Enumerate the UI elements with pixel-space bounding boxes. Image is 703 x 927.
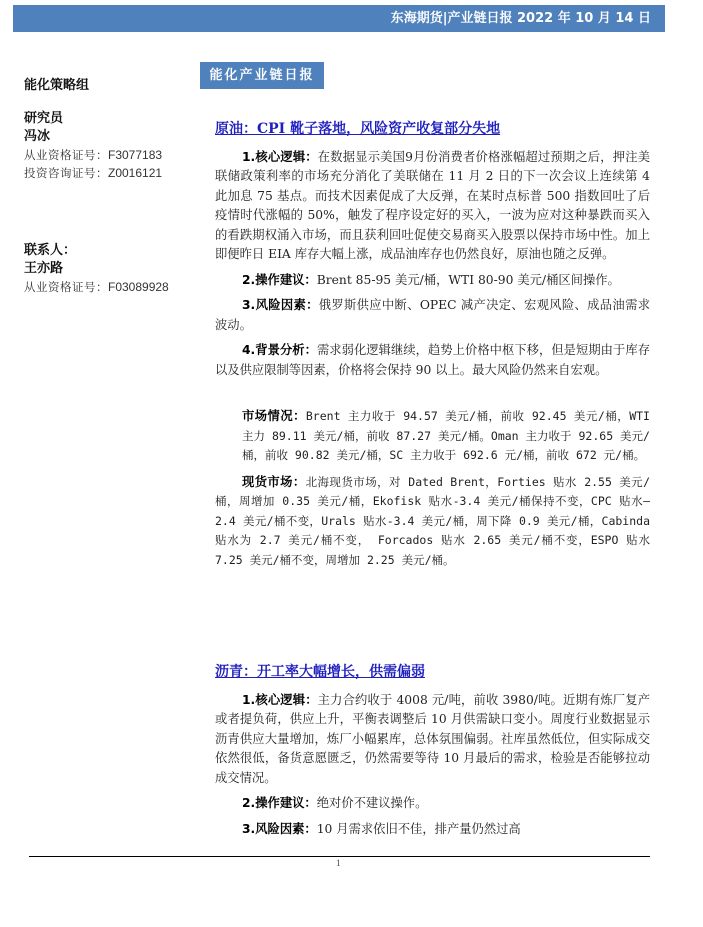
section-tag: 能化产业链日报 — [200, 62, 324, 89]
crude-spot-market: 现货市场：北海现货市场，对 Dated Brent，Forties 贴水 2.5… — [215, 472, 650, 571]
asphalt-section: 沥青：开工率大幅增长，供需偏弱 1.核心逻辑：主力合约收于 4008 元/吨，前… — [215, 663, 650, 839]
page-number: 1 — [336, 858, 341, 868]
contact-info: 联系人： 王亦路 从业资格证号：F03089928 — [24, 242, 169, 296]
researcher-name: 冯冰 — [24, 128, 162, 146]
asphalt-operation-advice: 2.操作建议：绝对价不建议操作。 — [215, 794, 650, 814]
researcher-label: 研究员 — [24, 110, 162, 128]
group-name: 能化策略组 — [24, 74, 89, 93]
crude-market-situation: 市场情况：Brent 主力收于 94.57 美元/桶，前收 92.45 美元/桶… — [215, 406, 650, 466]
asphalt-core-logic: 1.核心逻辑：主力合约收于 4008 元/吨，前收 3980/吨。近期有炼厂复产… — [215, 691, 650, 789]
footer-divider — [29, 856, 650, 857]
asphalt-risk-factors: 3.风险因素：10 月需求依旧不佳，排产量仍然过高 — [215, 820, 650, 840]
asphalt-title[interactable]: 沥青：开工率大幅增长，供需偏弱 — [215, 663, 650, 683]
strategy-group: 能化策略组 — [24, 74, 89, 93]
crude-core-logic: 1.核心逻辑：在数据显示美国9月份消费者价格涨幅超过预期之后，押注美联储政策利率… — [215, 148, 650, 265]
crude-risk-factors: 3.风险因素：俄罗斯供应中断、OPEC 减产决定、宏观风险、成品油需求波动。 — [215, 296, 650, 335]
contact-cert: 从业资格证号：F03089928 — [24, 278, 169, 296]
contact-name: 王亦路 — [24, 260, 169, 278]
crude-operation-advice: 2.操作建议：Brent 85-95 美元/桶，WTI 80-90 美元/桶区间… — [215, 271, 650, 291]
contact-label: 联系人： — [24, 242, 169, 260]
report-header-banner: 东海期货|产业链日报 2022 年 10 月 14 日 — [13, 5, 665, 32]
crude-oil-section: 原油：CPI 靴子落地，风险资产收复部分失地 1.核心逻辑：在数据显示美国9月份… — [215, 120, 650, 570]
researcher-cert-1: 从业资格证号：F3077183 — [24, 146, 162, 164]
researcher-cert-2: 投资咨询证号：Z0016121 — [24, 164, 162, 182]
researcher-info: 研究员 冯冰 从业资格证号：F3077183 投资咨询证号：Z0016121 — [24, 110, 162, 182]
crude-oil-title[interactable]: 原油：CPI 靴子落地，风险资产收复部分失地 — [215, 120, 650, 140]
crude-background: 4.背景分析：需求弱化逻辑继续，趋势上价格中枢下移，但是短期由于库存以及供应限制… — [215, 341, 650, 380]
